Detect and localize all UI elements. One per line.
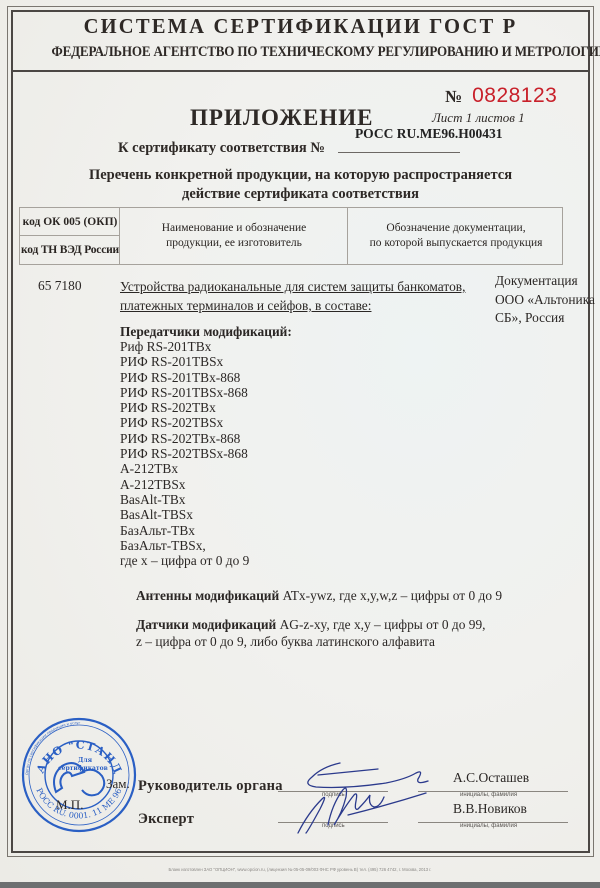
- certificate-number: РОСС RU.МЕ96.Н00431: [355, 126, 502, 142]
- system-title: СИСТЕМА СЕРТИФИКАЦИИ ГОСТ Р: [17, 14, 584, 39]
- documentation-reference: Документация ООО «Альтоника СБ», Россия: [495, 272, 595, 328]
- product-name-header: Наименование и обозначение продукции, ее…: [121, 208, 348, 264]
- scan-bottom-edge: [0, 882, 600, 888]
- product-name-header-line1: Наименование и обозначение: [162, 221, 307, 236]
- list-item: РИФ RS-201TBSx: [120, 354, 249, 369]
- head-name-caption: инициалы, фамилия: [460, 792, 517, 798]
- sensors-text-line1: AG-z-xy, где x,y – цифры от 0 до 99,: [276, 617, 485, 632]
- documentation-header: Обозначение документации, по которой вып…: [349, 208, 563, 264]
- head-of-body-label: Руководитель органа: [138, 778, 283, 795]
- list-item: BasAlt-TBSx: [120, 507, 249, 522]
- transmitter-model-list: Риф RS-201TBx РИФ RS-201TBSx РИФ RS-201T…: [120, 339, 249, 568]
- list-item: РИФ RS-202TBSx: [120, 415, 249, 430]
- form-number: № 0828123: [445, 84, 557, 108]
- appendix-title: ПРИЛОЖЕНИЕ: [190, 105, 374, 131]
- list-item: РИФ RS-201TBSx-868: [120, 385, 249, 400]
- product-title-line1: Устройства радиоканальные для систем защ…: [120, 277, 480, 296]
- antennas-label: Антенны модификаций: [136, 588, 279, 603]
- list-item: БазАльт-TBx: [120, 523, 249, 538]
- list-item: РИФ RS-202TBx: [120, 400, 249, 415]
- product-list-heading: Перечень конкретной продукции, на котору…: [11, 166, 590, 204]
- sensors-label: Датчики модификаций: [136, 617, 276, 632]
- list-item: РИФ RS-202TBSx-868: [120, 446, 249, 461]
- agency-title: ФЕДЕРАЛЬНОЕ АГЕНТСТВО ПО ТЕХНИЧЕСКОМУ РЕ…: [52, 43, 550, 61]
- list-item: РИФ RS-202TBx-868: [120, 431, 249, 446]
- deputy-prefix: Зам.: [106, 776, 130, 792]
- header-divider: [11, 70, 590, 72]
- product-title-line2: платежных терминалов и сейфов, в составе…: [120, 296, 480, 315]
- antennas-text: ATx-ywz, где x,y,w,z – цифры от 0 до 9: [279, 588, 502, 603]
- svg-text:Для: Для: [78, 757, 93, 764]
- sensors-entry: Датчики модификаций AG-z-xy, где x,y – ц…: [136, 616, 486, 650]
- documentation-header-line2: по которой выпускается продукция: [370, 236, 543, 251]
- certificate-label: К сертификату соответствия №: [118, 140, 325, 157]
- list-item: РИФ RS-201TBx-868: [120, 370, 249, 385]
- sensors-text-line2: z – цифра от 0 до 9, либо буква латинско…: [136, 633, 486, 650]
- product-code: 65 7180: [38, 277, 82, 294]
- seal-mark: М.П.: [56, 797, 83, 813]
- svg-text:сертификатов: сертификатов: [58, 765, 108, 772]
- head-name: А.С.Осташев: [453, 770, 529, 786]
- list-item: А-212TBx: [120, 461, 249, 476]
- printer-footnote: Бланк изготовлен ЗАО "ОПЦИОН", www.opcio…: [0, 867, 600, 872]
- product-name-header-line2: продукции, ее изготовитель: [162, 236, 307, 251]
- okp-code-header: код ОК 005 (ОКП): [20, 208, 120, 236]
- table-header: код ОК 005 (ОКП) код ТН ВЭД России Наиме…: [19, 207, 563, 265]
- heading-line-1: Перечень конкретной продукции, на котору…: [11, 166, 590, 185]
- expert-name-caption: инициалы, фамилия: [460, 823, 517, 829]
- code-column: код ОК 005 (ОКП) код ТН ВЭД России: [20, 208, 120, 264]
- antennas-entry: Антенны модификаций ATx-ywz, где x,y,w,z…: [136, 587, 502, 604]
- expert-label: Эксперт: [138, 811, 194, 828]
- tn-ved-code-header: код ТН ВЭД России: [20, 236, 120, 264]
- heading-line-2: действие сертификата соответствия: [11, 185, 590, 204]
- list-item: Риф RS-201TBx: [120, 339, 249, 354]
- list-item: BasAlt-TBx: [120, 492, 249, 507]
- docs-line3: СБ», Россия: [495, 309, 595, 328]
- docs-line2: ООО «Альтоника: [495, 291, 595, 310]
- handwritten-signature-icon: [288, 755, 458, 837]
- sheet-count: Лист 1 листов 1: [432, 110, 525, 126]
- form-number-value: 0828123: [472, 84, 557, 107]
- number-sign: №: [445, 87, 462, 106]
- list-item: А-212TBSx: [120, 477, 249, 492]
- certificate-number-line: [338, 152, 460, 153]
- documentation-header-line1: Обозначение документации,: [370, 221, 543, 236]
- docs-line1: Документация: [495, 272, 595, 291]
- official-stamp-icon: АНО "СТАНДАРТСЕРТ" Орган по сертификации…: [20, 716, 138, 834]
- transmitters-heading: Передатчики модификаций:: [120, 323, 292, 340]
- expert-name: В.В.Новиков: [453, 801, 527, 817]
- list-item: где х – цифра от 0 до 9: [120, 553, 249, 568]
- product-title: Устройства радиоканальные для систем защ…: [120, 277, 480, 315]
- list-item: БазАльт-TBSx,: [120, 538, 249, 553]
